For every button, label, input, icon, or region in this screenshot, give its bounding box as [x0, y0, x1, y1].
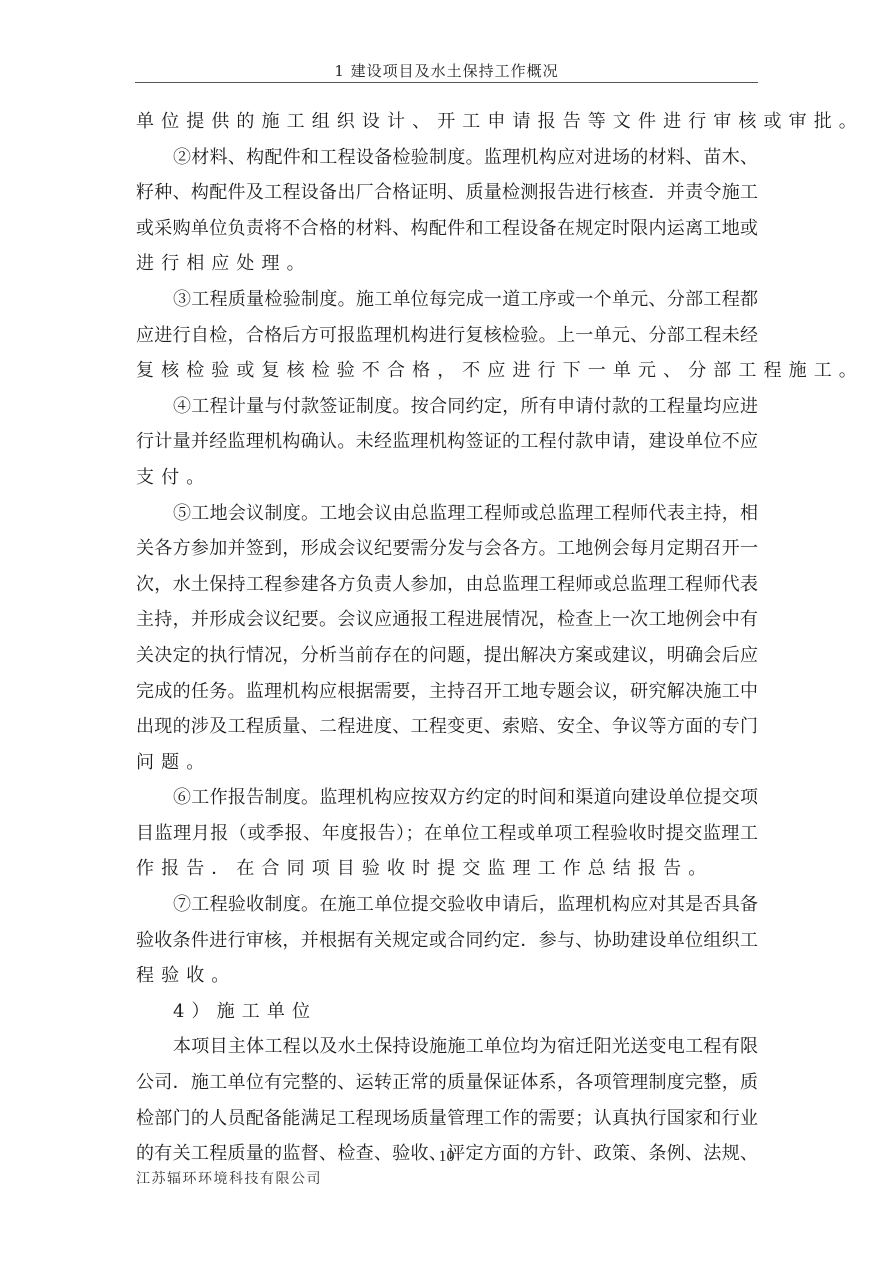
- text-line: ⑦工程验收制度。在施工单位提交验收申请后，监理机构应对其是否具备: [136, 887, 758, 923]
- text-line: 程验收。: [136, 958, 758, 994]
- text-line: 公司．施工单位有完整的、运转正常的质量保证体系，各项管理制度完整，质: [136, 1065, 758, 1101]
- text-line: 或采购单位负责将不合格的材料、构配件和工程设备在规定时限内运离工地或: [136, 211, 758, 247]
- text-line: 关决定的执行情况，分析当前存在的问题，提出解决方案或建议，明确会后应: [136, 638, 758, 674]
- text-line: 复核检验或复核检验不合格，不应进行下一单元、分部工程施工。: [136, 353, 758, 389]
- text-line: 目监理月报（或季报、年度报告）；在单位工程或单项工程验收时提交监理工: [136, 816, 758, 852]
- text-line: 关各方参加并签到，形成会议纪要需分发与会各方。工地例会每月定期召开一: [136, 531, 758, 567]
- text-line: 验收条件进行审核，并根据有关规定或合同约定．参与、协助建设单位组织工: [136, 923, 758, 959]
- footer-company-name: 江苏辐环环境科技有限公司: [136, 1168, 322, 1188]
- text-line: ⑥工作报告制度。监理机构应按双方约定的时间和渠道向建设单位提交项: [136, 780, 758, 816]
- text-line: 籽种、构配件及工程设备出厂合格证明、质量检测报告进行核查．并责令施工: [136, 175, 758, 211]
- text-line: 问题。: [136, 745, 758, 781]
- text-line: ④工程计量与付款签证制度。按合同约定，所有申请付款的工程量均应进: [136, 389, 758, 425]
- text-line: ⑤工地会议制度。工地会议由总监理工程师或总监理工程师代表主持，相: [136, 496, 758, 532]
- running-header-title: 1 建设项目及水土保持工作概况: [135, 60, 758, 81]
- text-line: 单位提供的施工组织设计、开工申请报告等文件进行审核或审批。: [136, 104, 758, 140]
- text-line: 作报告．在合同项目验收时提交监理工作总结报告。: [136, 851, 758, 887]
- text-line: 行计量并经监理机构确认。未经监理机构签证的工程付款申请，建设单位不应: [136, 424, 758, 460]
- text-line: 本项目主体工程以及水土保持设施施工单位均为宿迁阳光送变电工程有限: [136, 1029, 758, 1065]
- text-line: 主持，并形成会议纪要。会议应通报工程进展情况，检查上一次工地例会中有: [136, 602, 758, 638]
- text-line: 应进行自检，合格后方可报监理机构进行复核检验。上一单元、分部工程未经: [136, 318, 758, 354]
- text-line: 次，水土保持工程参建各方负责人参加，由总监理工程师或总监理工程师代表: [136, 567, 758, 603]
- header-divider: [135, 82, 758, 83]
- page-number: 10: [0, 1148, 893, 1166]
- text-line: ③工程质量检验制度。施工单位每完成一道工序或一个单元、分部工程都: [136, 282, 758, 318]
- text-line: 出现的涉及工程质量、二程进度、工程变更、索赔、安全、争议等方面的专门: [136, 709, 758, 745]
- text-line: 支付。: [136, 460, 758, 496]
- text-line: 4）施工单位: [136, 994, 758, 1030]
- text-line: 进行相应处理。: [136, 246, 758, 282]
- document-body: 单位提供的施工组织设计、开工申请报告等文件进行审核或审批。②材料、构配件和工程设…: [136, 104, 758, 1172]
- text-line: 完成的任务。监理机构应根据需要，主持召开工地专题会议，研究解决施工中: [136, 674, 758, 710]
- text-line: 检部门的人员配备能满足工程现场质量管理工作的需要；认真执行国家和行业: [136, 1101, 758, 1137]
- text-line: ②材料、构配件和工程设备检验制度。监理机构应对进场的材料、苗木、: [136, 140, 758, 176]
